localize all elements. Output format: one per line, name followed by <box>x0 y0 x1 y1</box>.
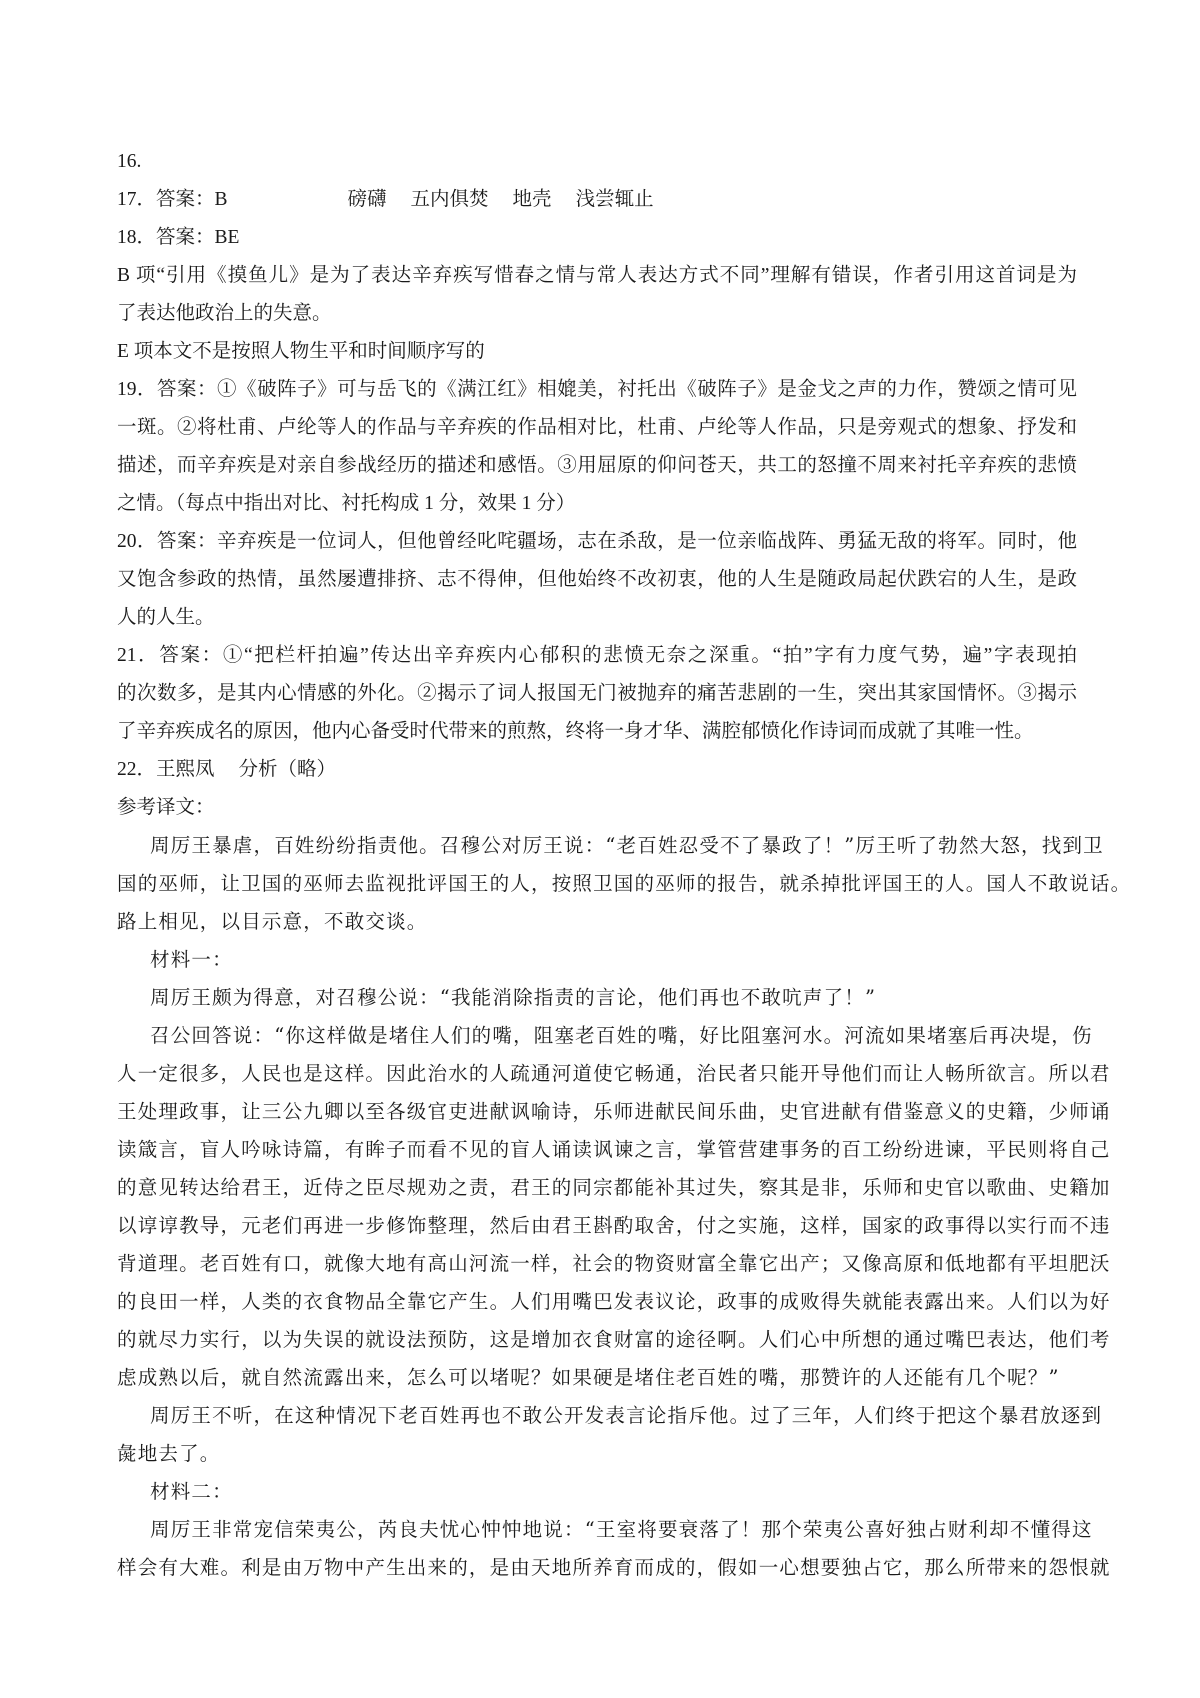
answer-20-line-1: 20．答案：辛弃疾是一位词人，但他曾经叱咤疆场，志在杀敌，是一位亲临战阵、勇猛无… <box>117 529 1077 555</box>
material-1-p1: 周厉王颇为得意，对召穆公说：“我能消除指责的言论，他们再也不敢吭声了！” <box>150 985 876 1011</box>
translation-intro-line-1: 周厉王暴虐，百姓纷纷指责他。召穆公对厉王说：“老百姓忍受不了暴政了！”厉王听了勃… <box>150 833 1077 859</box>
answer-17-word-4: 浅尝辄止 <box>576 189 654 210</box>
answer-17-label: 17．答案：B <box>117 189 228 210</box>
answer-22-analysis: 分析（略） <box>239 759 337 780</box>
answer-21-line-3: 了辛弃疾成名的原因，他内心备受时代带来的煎熬，终将一身才华、满腔郁愤化作诗词而成… <box>117 719 1034 745</box>
material-1-p2-line-7: 背道理。老百姓有口，就像大地有高山河流一样，社会的物资财富全靠它出产；又像高原和… <box>117 1251 1077 1277</box>
material-2-p1-line-1: 周厉王非常宠信荣夷公，芮良夫忧心忡忡地说：“王室将要衰落了！那个荣夷公喜好独占财… <box>150 1517 1077 1543</box>
answer-19-line-4: 之情。（每点中指出对比、衬托构成 1 分，效果 1 分） <box>117 491 575 517</box>
material-1-p2-line-8: 的良田一样，人类的衣食物品全靠它产生。人们用嘴巴发表议论，政事的成败得失就能表露… <box>117 1289 1077 1315</box>
answer-21-line-2: 的次数多，是其内心情感的外化。②揭示了词人报国无门被抛弃的痛苦悲剧的一生，突出其… <box>117 681 1077 707</box>
material-1-p2-line-3: 王处理政事，让三公九卿以至各级官吏进献讽喻诗，乐师进献民间乐曲，史官进献有借鉴意… <box>117 1099 1077 1125</box>
answer-18-label: 18．答案：BE <box>117 225 239 251</box>
translation-intro-line-2: 国的巫师，让卫国的巫师去监视批评国王的人，按照卫国的巫师的报告，就杀掉批评国王的… <box>117 871 1077 897</box>
answer-17-word-3: 地壳 <box>513 189 552 210</box>
answer-18-b-line-2: 了表达他政治上的失意。 <box>117 301 332 327</box>
material-2-p1-line-2: 样会有大难。利是由万物中产生出来的，是由天地所养育而成的，假如一心想要独占它，那… <box>117 1555 1077 1581</box>
material-1-heading: 材料一： <box>150 947 233 973</box>
answer-18-b-line-1: B 项“引用《摸鱼儿》是为了表达辛弃疾写惜春之情与常人表达方式不同”理解有错误，… <box>117 263 1077 289</box>
answer-22: 22．王熙凤分析（略） <box>117 757 336 783</box>
material-1-p2-line-9: 的就尽力实行，以为失误的就设法预防，这是增加衣食财富的途径啊。人们心中所想的通过… <box>117 1327 1077 1353</box>
answer-20-line-3: 人的人生。 <box>117 605 215 631</box>
answer-17-word-2: 五内俱焚 <box>411 189 489 210</box>
material-1-p3-line-2: 彘地去了。 <box>117 1441 221 1467</box>
answer-22-label: 22．王熙凤 <box>117 759 215 780</box>
material-1-p2-line-1: 召公回答说：“你这样做是堵住人们的嘴，阻塞老百姓的嘴，好比阻塞河水。河流如果堵塞… <box>150 1023 1077 1049</box>
translation-heading: 参考译文： <box>117 795 215 821</box>
material-1-p2-line-4: 读箴言，盲人吟咏诗篇，有眸子而看不见的盲人诵读讽谏之言，掌管营建事务的百工纷纷进… <box>117 1137 1077 1163</box>
material-1-p2-line-2: 人一定很多，人民也是这样。因此治水的人疏通河道使它畅通，治民者只能开导他们而让人… <box>117 1061 1077 1087</box>
answer-17: 17．答案：B磅礴五内俱焚地壳浅尝辄止 <box>117 187 654 213</box>
answer-17-word-1: 磅礴 <box>348 189 387 210</box>
answer-19-line-1: 19．答案：①《破阵子》可与岳飞的《满江红》相媲美，衬托出《破阵子》是金戈之声的… <box>117 377 1077 403</box>
translation-intro-line-3: 路上相见，以目示意，不敢交谈。 <box>117 909 428 935</box>
material-1-p2-line-10: 虑成熟以后，就自然流露出来，怎么可以堵呢？如果硬是堵住老百姓的嘴，那赞许的人还能… <box>117 1365 1060 1391</box>
answer-16: 16. <box>117 149 141 175</box>
material-1-p3-line-1: 周厉王不听，在这种情况下老百姓再也不敢公开发表言论指斥他。过了三年，人们终于把这… <box>150 1403 1077 1429</box>
material-1-p2-line-5: 的意见转达给君王，近侍之臣尽规劝之责，君王的同宗都能补其过失，察其是非，乐师和史… <box>117 1175 1077 1201</box>
material-1-p2-line-6: 以谆谆教导，元老们再进一步修饰整理，然后由君王斟酌取舍，付之实施，这样，国家的政… <box>117 1213 1077 1239</box>
answer-19-line-3: 描述，而辛弃疾是对亲自参战经历的描述和感悟。③用屈原的仰问苍天，共工的怒撞不周来… <box>117 453 1077 479</box>
answer-18-e-line: E 项本文不是按照人物生平和时间顺序写的 <box>117 339 485 365</box>
material-2-heading: 材料二： <box>150 1479 233 1505</box>
answer-19-line-2: 一斑。②将杜甫、卢纶等人的作品与辛弃疾的作品相对比，杜甫、卢纶等人作品，只是旁观… <box>117 415 1077 441</box>
answer-21-line-1: 21．答案：①“把栏杆拍遍”传达出辛弃疾内心郁积的悲愤无奈之深重。“拍”字有力度… <box>117 643 1077 669</box>
answer-20-line-2: 又饱含参政的热情，虽然屡遭排挤、志不得伸，但他始终不改初衷，他的人生是随政局起伏… <box>117 567 1077 593</box>
